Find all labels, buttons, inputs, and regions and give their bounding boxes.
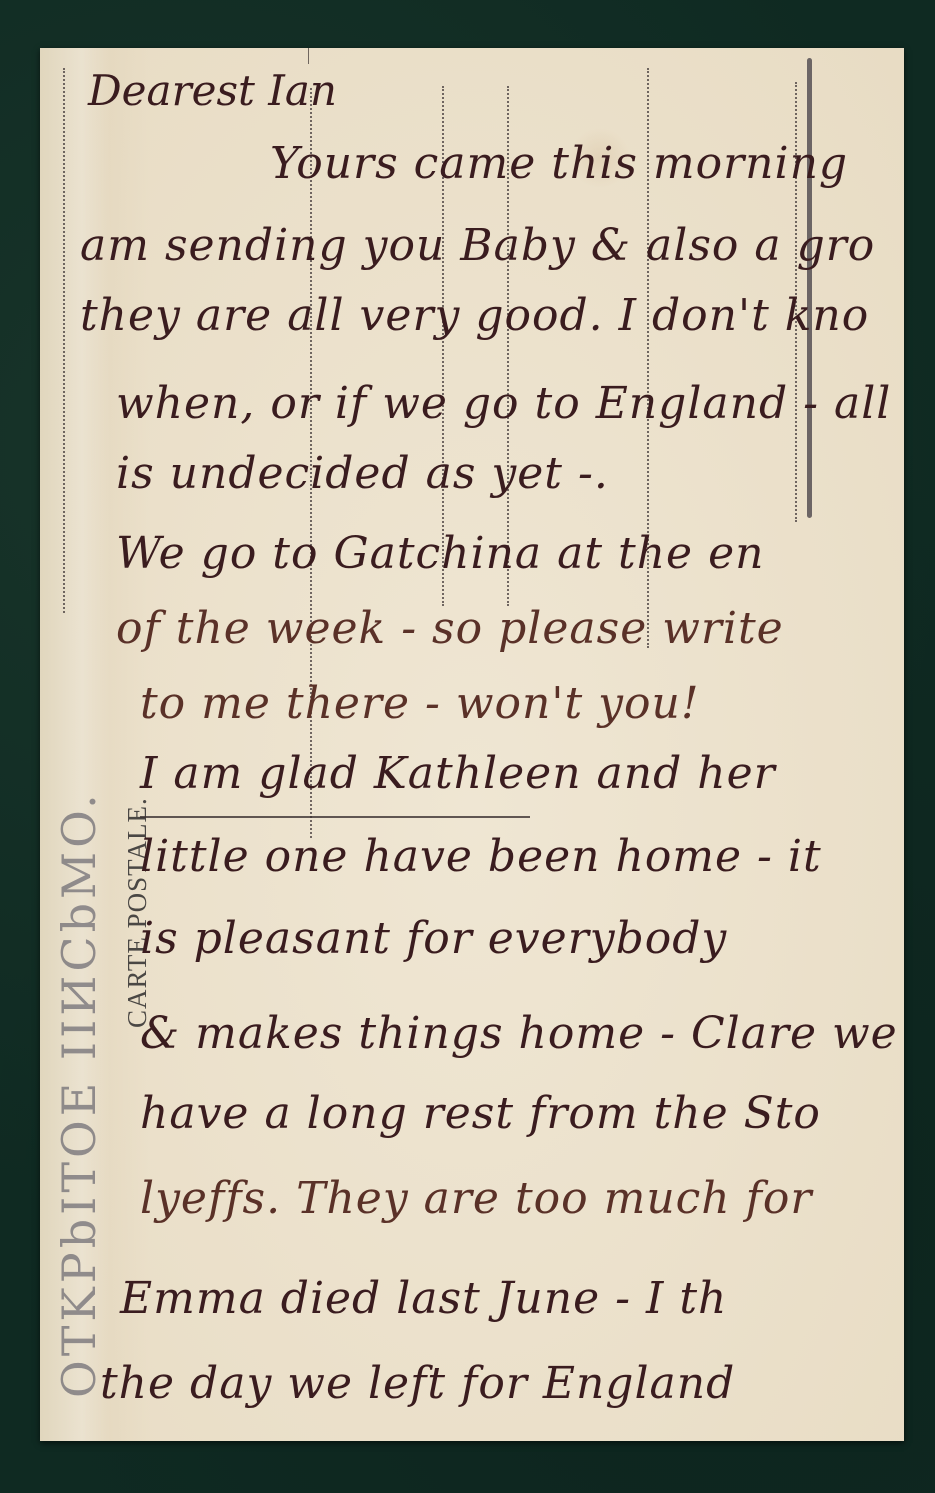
handwritten-line: little one have been home - it bbox=[140, 831, 822, 882]
handwritten-line: have a long rest from the Sto bbox=[140, 1088, 821, 1139]
postcard: OTKPbITOE IIИCbMO. CARTE POSTALE. Deares… bbox=[40, 48, 904, 1441]
handwritten-line: & makes things home - Clare we bbox=[140, 1008, 898, 1059]
handwritten-greeting: Dearest Ian bbox=[88, 66, 337, 115]
handwritten-line: is pleasant for everybody bbox=[140, 913, 727, 964]
handwritten-line: I am glad Kathleen and her bbox=[140, 748, 776, 799]
top-tick-mark bbox=[308, 48, 309, 64]
handwritten-line: the day we left for England bbox=[100, 1358, 735, 1409]
handwritten-line: We go to Gatchina at the en bbox=[116, 528, 764, 579]
handwritten-line: lyeffs. They are too much for bbox=[140, 1173, 812, 1224]
handwritten-line: to me there - won't you! bbox=[140, 678, 700, 729]
handwritten-line: is undecided as yet -. bbox=[116, 448, 609, 499]
dotted-guide-line bbox=[63, 68, 65, 613]
address-divider-line bbox=[140, 816, 530, 818]
handwritten-line: when, or if we go to England - all bbox=[116, 378, 891, 429]
handwritten-line: Yours came this morning bbox=[270, 138, 848, 189]
handwritten-line: of the week - so please write bbox=[116, 603, 784, 654]
printed-vertical-russian-title: OTKPbITOE IIИCbMO. bbox=[52, 348, 100, 1398]
handwritten-line: am sending you Baby & also a gro bbox=[80, 220, 875, 271]
handwritten-line: they are all very good. I don't kno bbox=[80, 290, 869, 341]
handwritten-line: Emma died last June - I th bbox=[120, 1273, 727, 1324]
stamp-area-divider bbox=[807, 58, 812, 518]
